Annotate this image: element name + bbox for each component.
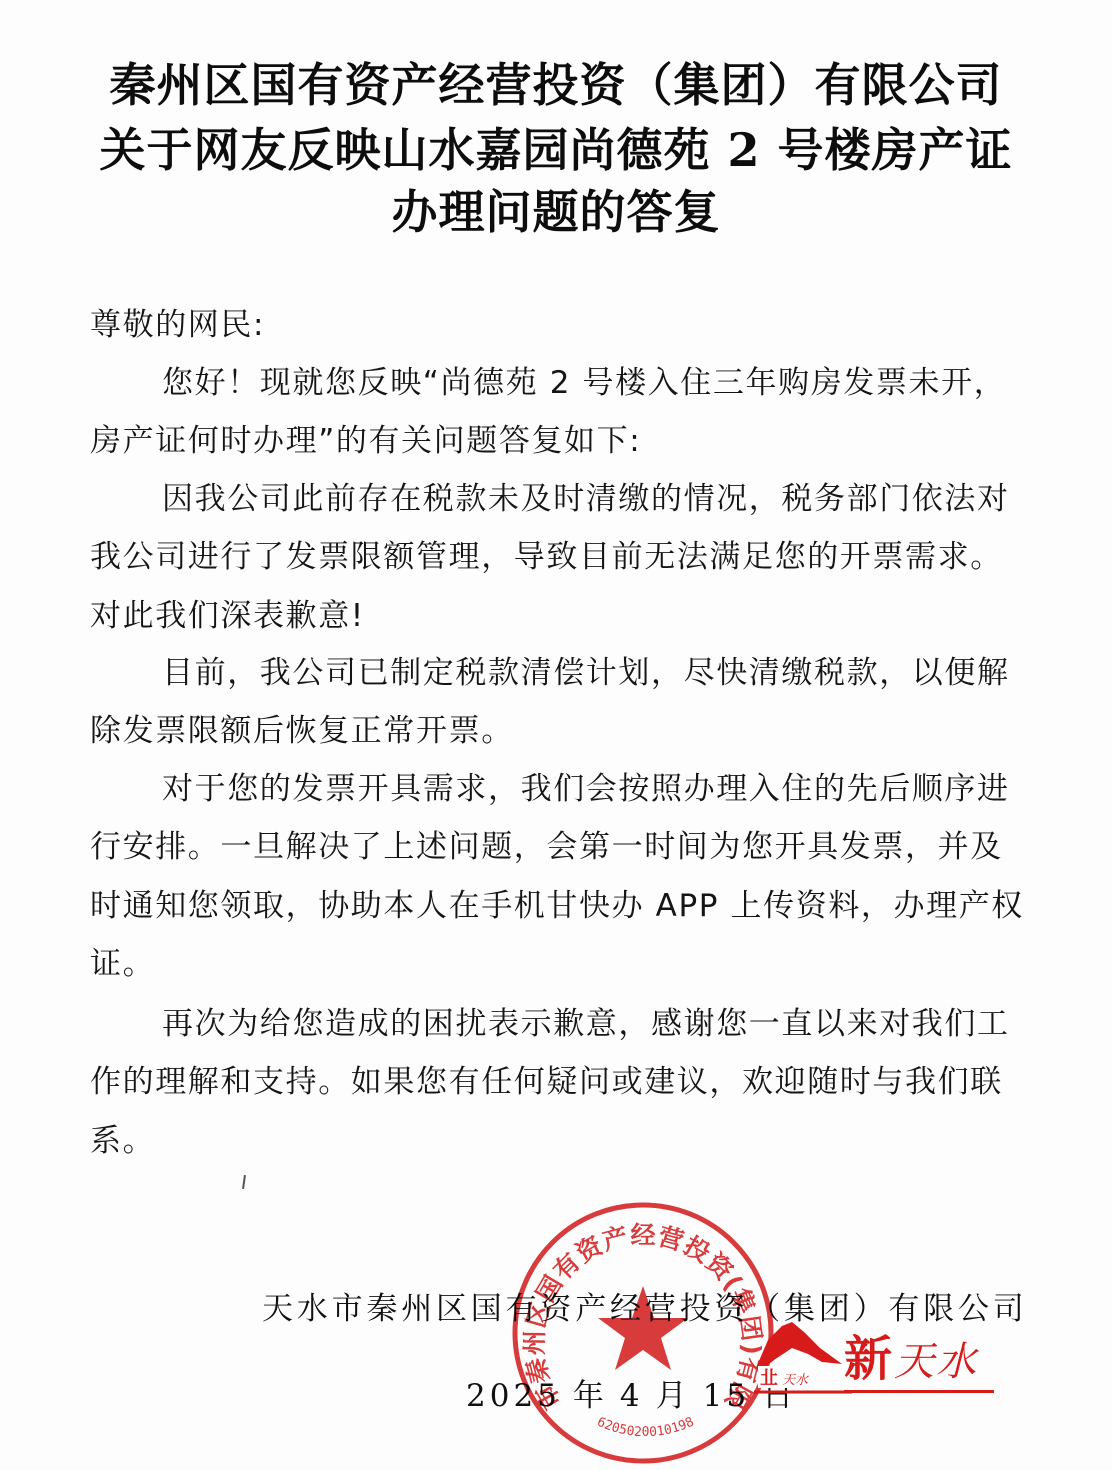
document-title-line-1: 秦州区国有资产经营投资（集团）有限公司 <box>60 56 1052 114</box>
logo-brand-text: 新天水 <box>844 1320 978 1389</box>
paragraph-line: 对此我们深表歉意! <box>90 587 1040 645</box>
title-text: 秦州区国有资产经营投资（集团）有限公司 <box>60 56 1052 114</box>
logo-mini-text: 天水 <box>782 1373 810 1388</box>
official-seal-icon: 天水市秦州区国有资产经营投资(集团)有限公司 6205020010198 <box>508 1198 778 1468</box>
paragraph-line: 您好！现就您反映“尚德苑 2 号楼入住三年购房发票未开， <box>90 354 1040 412</box>
paragraph-line: 系。 <box>90 1112 1040 1170</box>
scan-mark <box>242 1175 246 1189</box>
paragraph-greeting: 您好！现就您反映“尚德苑 2 号楼入住三年购房发票未开， 房产证何时办理”的有关… <box>90 354 1040 471</box>
paragraph-line: 目前，我公司已制定税款清偿计划，尽快清缴税款，以便解 <box>90 644 1040 702</box>
paragraph-line: 对于您的发票开具需求，我们会按照办理入住的先后顺序进 <box>90 760 1040 818</box>
paragraph-closing: 再次为给您造成的困扰表示歉意，感谢您一直以来对我们工 作的理解和支持。如果您有任… <box>90 995 1040 1170</box>
mountain-logo-icon: 㐀 天水 <box>752 1318 852 1396</box>
paragraph-line: 因我公司此前存在税款未及时清缴的情况，税务部门依法对 <box>90 470 1040 528</box>
paragraph-line: 房产证何时办理”的有关问题答复如下: <box>90 412 1040 470</box>
paragraph-line: 除发票限额后恢复正常开票。 <box>90 702 1040 760</box>
logo-brand-main: 新 <box>844 1331 894 1387</box>
paragraph-line: 作的理解和支持。如果您有任何疑问或建议，欢迎随时与我们联 <box>90 1053 1040 1111</box>
paragraph-line: 证。 <box>90 935 1040 993</box>
salutation: 尊敬的网民: <box>90 296 1040 354</box>
title-text: 办理问题的答复 <box>60 183 1052 241</box>
document-title-line-2: 关于网友反映山水嘉园尚德苑 2 号楼房产证 <box>60 121 1052 179</box>
document-title-line-3: 办理问题的答复 <box>60 183 1052 241</box>
svg-text:㐀: 㐀 <box>760 1367 778 1389</box>
paragraph-plan: 目前，我公司已制定税款清偿计划，尽快清缴税款，以便解 除发票限额后恢复正常开票。 <box>90 644 1040 761</box>
paragraph-line: 我公司进行了发票限额管理，导致目前无法满足您的开票需求。 <box>90 528 1040 586</box>
document-page: 秦州区国有资产经营投资（集团）有限公司 关于网友反映山水嘉园尚德苑 2 号楼房产… <box>0 0 1112 1470</box>
svg-text:6205020010198: 6205020010198 <box>595 1415 697 1441</box>
logo-underline <box>844 1390 994 1393</box>
paragraph-arrangement: 对于您的发票开具需求，我们会按照办理入住的先后顺序进 行安排。一旦解决了上述问题… <box>90 760 1040 994</box>
paragraph-reason: 因我公司此前存在税款未及时清缴的情况，税务部门依法对 我公司进行了发票限额管理，… <box>90 470 1040 645</box>
paragraph-line: 行安排。一旦解决了上述问题，会第一时间为您开具发票，并及 <box>90 818 1040 876</box>
logo-brand-rest: 天水 <box>894 1339 978 1385</box>
paragraph-line: 时通知您领取，协助本人在手机甘快办 APP 上传资料，办理产权 <box>90 877 1040 935</box>
xin-tianshui-watermark: 㐀 天水 新天水 <box>752 1318 1002 1396</box>
title-text: 关于网友反映山水嘉园尚德苑 2 号楼房产证 <box>60 121 1052 179</box>
seal-code: 6205020010198 <box>595 1415 697 1441</box>
paragraph-line: 再次为给您造成的困扰表示歉意，感谢您一直以来对我们工 <box>90 995 1040 1053</box>
